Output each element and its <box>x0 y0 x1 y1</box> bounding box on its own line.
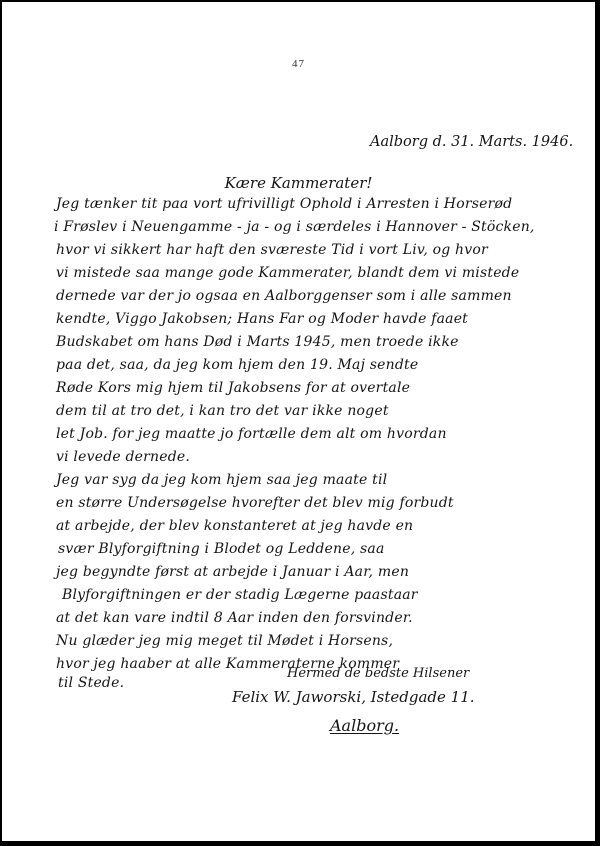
body-line: let Job. for jeg maatte jo fortælle dem … <box>56 426 447 442</box>
salutation: Kære Kammerater! <box>2 174 595 192</box>
body-line: svær Blyforgiftning i Blodet og Leddene,… <box>58 541 385 557</box>
letter-page: 47 Aalborg d. 31. Marts. 1946. Kære Kamm… <box>0 0 600 846</box>
body-line: vi levede dernede. <box>56 449 190 465</box>
body-line: jeg begyndte først at arbejde i Januar i… <box>56 564 409 580</box>
body-line: dem til at tro det, i kan tro det var ik… <box>56 403 389 419</box>
body-line: at det kan vare indtil 8 Aar inden den f… <box>56 610 413 626</box>
page-number: 47 <box>2 58 595 70</box>
body-line: kendte, Viggo Jakobsen; Hans Far og Mode… <box>56 311 468 327</box>
body-line: vi mistede saa mange gode Kammerater, bl… <box>56 265 519 281</box>
signature-city: Aalborg. <box>330 716 399 735</box>
body-line: dernede var der jo ogsaa en Aalborggense… <box>56 288 512 304</box>
body-line: at arbejde, der blev konstanteret at jeg… <box>56 518 413 534</box>
body-line: Blyforgiftningen er der stadig Lægerne p… <box>62 587 418 603</box>
body-line: Røde Kors mig hjem til Jakobsens for at … <box>56 380 410 396</box>
closing-greeting: Hermed de bedste Hilsener <box>287 666 469 681</box>
body-line: en større Undersøgelse hvorefter det ble… <box>56 495 454 511</box>
signature: Felix W. Jaworski, Istedgade 11. <box>232 688 475 706</box>
body-line: til Stede. <box>58 675 124 691</box>
body-line: Jeg var syg da jeg kom hjem saa jeg maat… <box>56 472 387 488</box>
body-line: i Frøslev i Neuengamme - ja - og i særde… <box>54 219 535 235</box>
body-line: paa det, saa, da jeg kom hjem den 19. Ma… <box>56 357 418 373</box>
body-line: Nu glæder jeg mig meget til Mødet i Hors… <box>56 633 393 649</box>
body-line: Jeg tænker tit paa vort ufrivilligt Opho… <box>56 196 512 212</box>
body-line: Budskabet om hans Død i Marts 1945, men … <box>56 334 459 350</box>
dateline: Aalborg d. 31. Marts. 1946. <box>370 134 573 150</box>
body-line: hvor vi sikkert har haft den sværeste Ti… <box>56 242 488 258</box>
